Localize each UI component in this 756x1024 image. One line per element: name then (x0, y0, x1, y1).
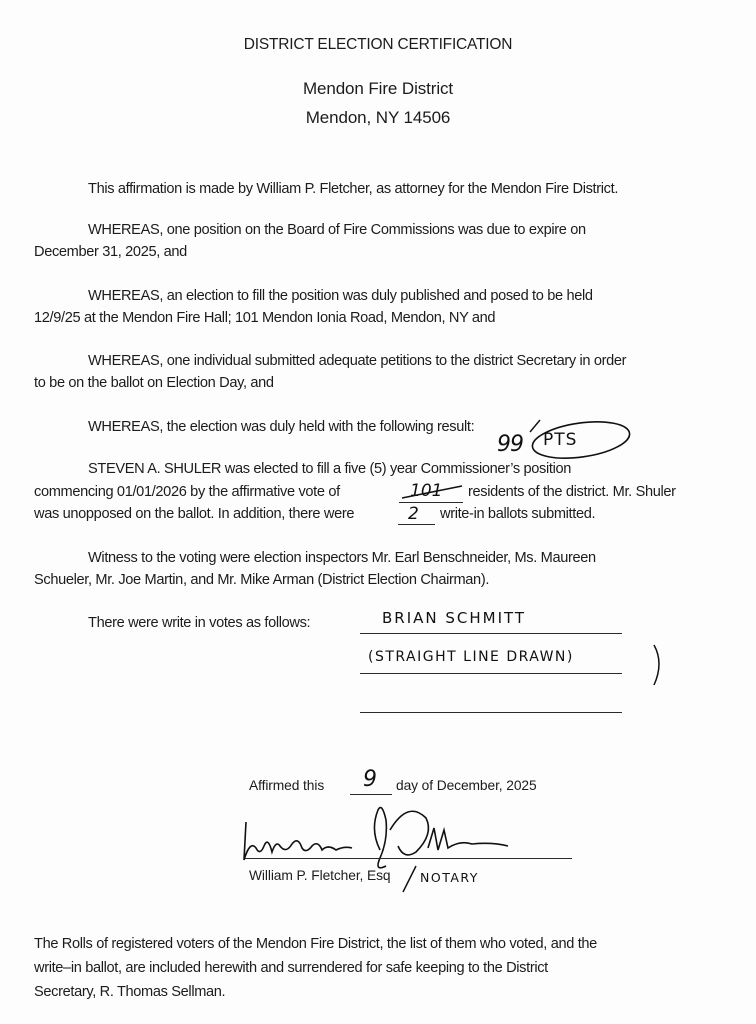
whereas-term-expiry-line1: WHEREAS, one position on the Board of Fi… (88, 222, 586, 238)
witness-line2: Schueler, Mr. Joe Martin, and Mr. Mike A… (34, 572, 489, 588)
corrected-vote-count: 99 (497, 432, 523, 457)
result-line2-pre: commencing 01/01/2026 by the affirmative… (34, 484, 340, 500)
slash-stroke-icon (400, 864, 420, 894)
whereas-election-held: WHEREAS, the election was duly held with… (88, 419, 474, 435)
footer-line2: write–in ballot, are included herewith a… (34, 960, 548, 976)
district-address: Mendon, NY 14506 (0, 108, 756, 128)
document-title: DISTRICT ELECTION CERTIFICATION (0, 36, 756, 54)
whereas-election-published-line1: WHEREAS, an election to fill the positio… (88, 288, 593, 304)
signer-name: William P. Fletcher, Esq (249, 868, 391, 883)
writein-count: 2 (408, 504, 419, 524)
writein-line-2 (360, 673, 622, 674)
signature-icon (240, 800, 520, 870)
whereas-term-expiry-line2: December 31, 2025, and (34, 244, 187, 260)
document-page: DISTRICT ELECTION CERTIFICATION Mendon F… (0, 0, 756, 1024)
result-line2-post: residents of the district. Mr. Shuler (468, 484, 676, 500)
writein-line-1 (360, 633, 622, 634)
whereas-petitions-line2: to be on the ballot on Election Day, and (34, 375, 274, 391)
result-line3-pre: was unopposed on the ballot. In addition… (34, 506, 354, 522)
affirmed-day-blank (350, 794, 392, 795)
writein-entry-1: BRIAN SCHMITT (382, 609, 526, 627)
affirmed-post: day of December, 2025 (396, 778, 537, 793)
notary-annotation: NOTARY (420, 870, 479, 885)
result-line3-post: write-in ballots submitted. (440, 506, 595, 522)
writein-entry-2: (STRAIGHT LINE DRAWN) (368, 649, 574, 665)
district-name: Mendon Fire District (0, 79, 756, 99)
correction-initials: PTS (543, 430, 577, 450)
affirmed-pre: Affirmed this (249, 778, 324, 793)
whereas-election-published-line2: 12/9/25 at the Mendon Fire Hall; 101 Men… (34, 310, 495, 326)
affirmed-day: 9 (363, 767, 377, 792)
whereas-petitions-line1: WHEREAS, one individual submitted adequa… (88, 353, 626, 369)
witness-line1: Witness to the voting were election insp… (88, 550, 596, 566)
vote-count-blank (399, 502, 463, 503)
result-line1: STEVEN A. SHULER was elected to fill a f… (88, 461, 571, 477)
footer-line3: Secretary, R. Thomas Sellman. (34, 984, 225, 1000)
footer-line1: The Rolls of registered voters of the Me… (34, 936, 597, 952)
signature-line (245, 858, 572, 859)
closing-paren-stroke-icon (650, 643, 666, 689)
writein-count-blank (398, 524, 435, 525)
strikethrough-icon (400, 484, 466, 502)
writein-label: There were write in votes as follows: (88, 615, 310, 631)
affirmation-paragraph: This affirmation is made by William P. F… (88, 181, 618, 197)
writein-line-3 (360, 712, 622, 713)
